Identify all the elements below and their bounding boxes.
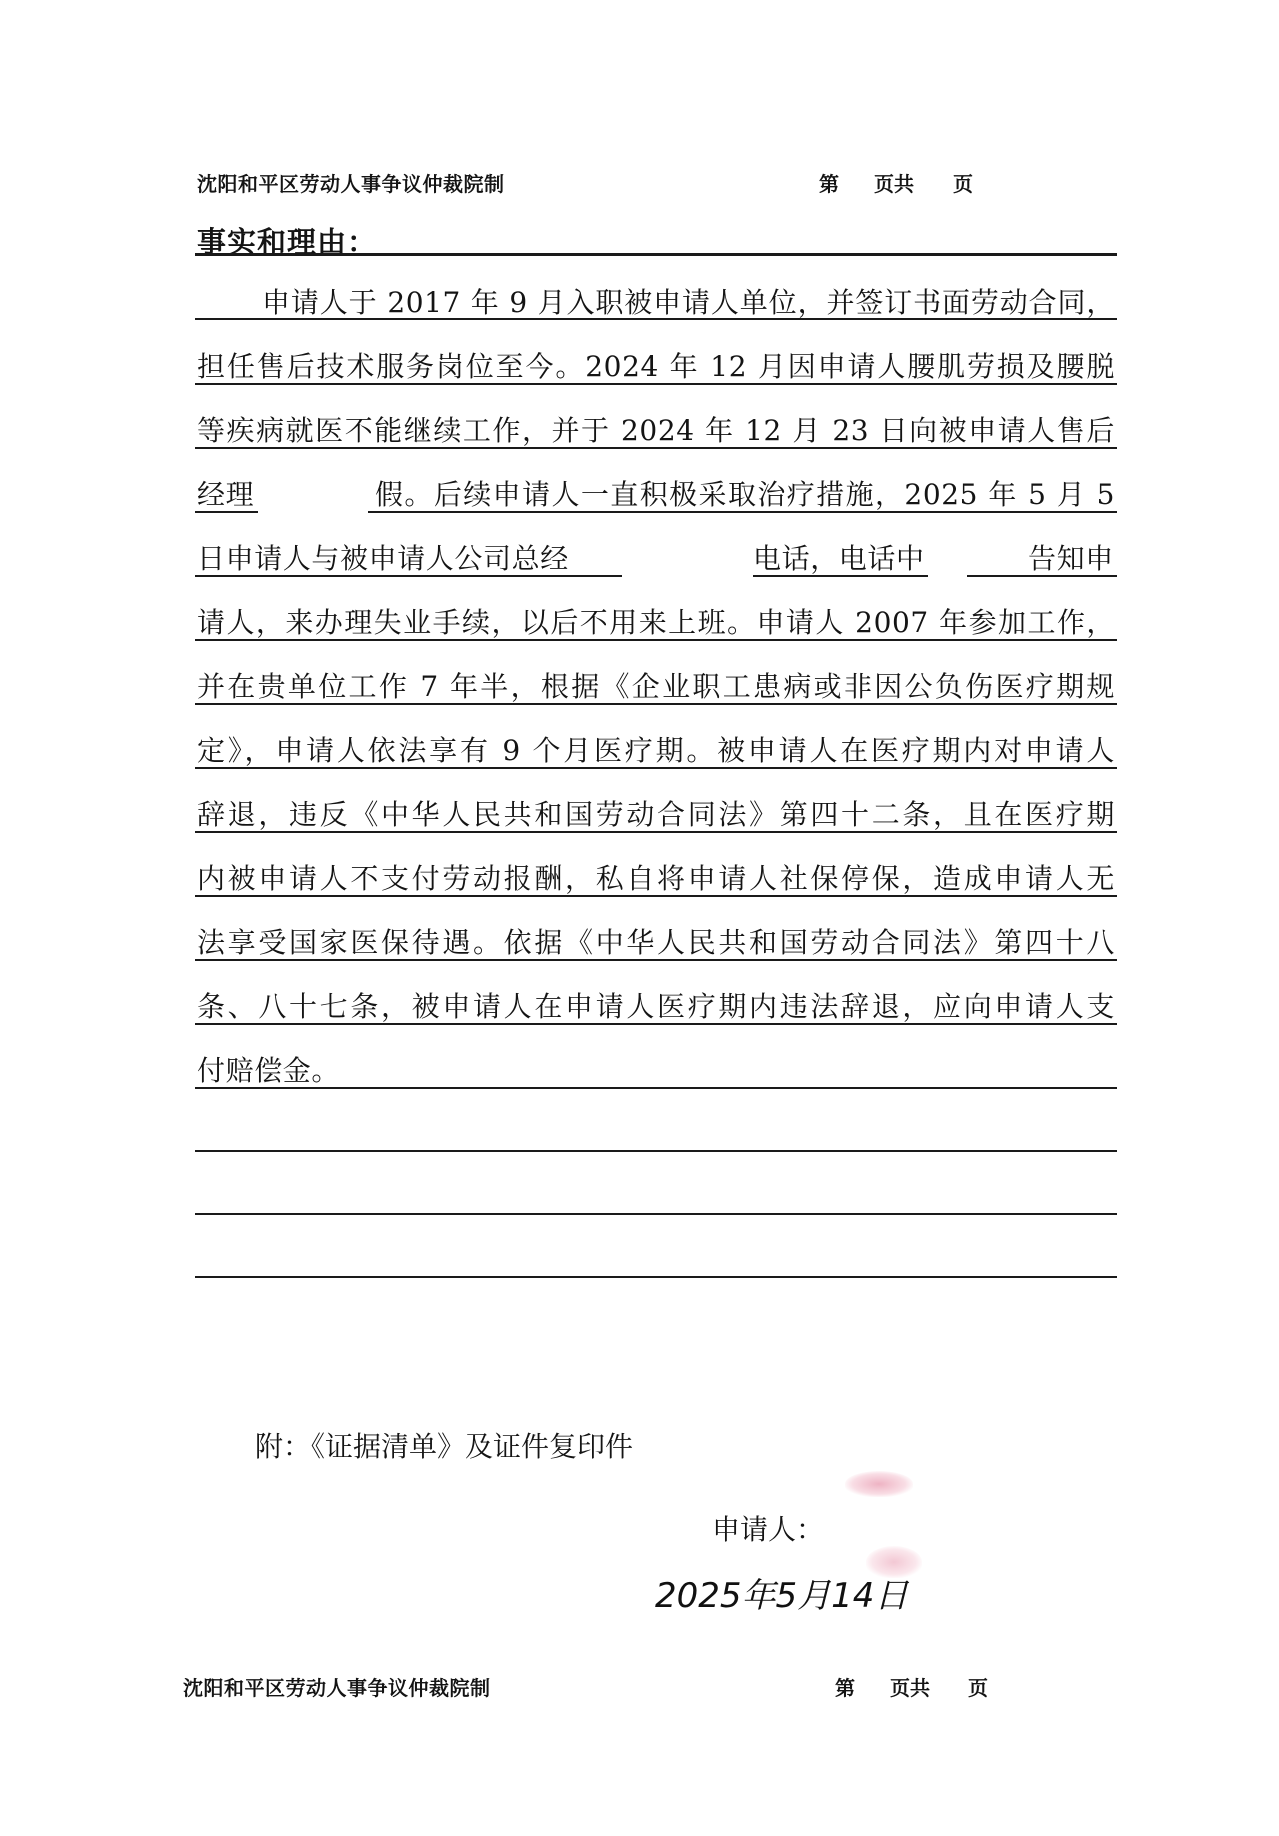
handwritten-signing-date: 2025年5月14日 [655,1568,908,1617]
body-line-4-segment-a: 经理 [197,477,254,513]
body-line-5-segment-a: 日申请人与被申请人公司总经 [197,541,569,577]
body-line-4: 经理 假。后续申请人一直积极采取治疗措施，2025 年 5 月 5 [197,477,1115,513]
body-line-2: 担任售后技术服务岗位至今。2024 年 12 月因申请人腰肌劳损及腰脱 [197,349,1115,385]
body-line-rule [195,895,1117,897]
header-page-number-label: 第 [819,168,839,197]
body-line-9: 辞退，违反《中华人民共和国劳动合同法》第四十二条，且在医疗期 [197,797,1115,833]
body-line-rule-partial [195,575,622,577]
body-line-rule-partial [967,575,1117,577]
body-line-3: 等疾病就医不能继续工作，并于 2024 年 12 月 23 日向被申请人售后 [197,413,1115,449]
footer-page-of-label: 页共 [890,1672,930,1701]
body-line-rule [195,639,1117,641]
body-line-10: 内被申请人不支付劳动报酬，私自将申请人社保停保，造成申请人无 [197,861,1115,897]
footer-institution: 沈阳和平区劳动人事争议仲裁院制 [183,1672,491,1701]
appendix-note: 附：《证据清单》及证件复印件 [255,1425,633,1465]
header-institution: 沈阳和平区劳动人事争议仲裁院制 [197,168,505,197]
body-line-rule [195,703,1117,705]
body-line-rule-partial [195,511,258,513]
footer-page-total-label: 页 [968,1672,988,1701]
body-line-rule [195,831,1117,833]
applicant-label: 申请人： [712,1508,824,1548]
body-line-7: 并在贵单位工作 7 年半，根据《企业职工患病或非因公负伤医疗期规 [197,669,1115,705]
blank-rule-line [195,1276,1117,1278]
section-title-underline [195,253,1117,256]
body-line-5-segment-c: 告知申 [1028,541,1114,577]
body-line-rule [195,318,1117,320]
header-page-of-label: 页共 [874,168,914,197]
body-line-5: 日申请人与被申请人公司总经 电话，电话中 告知申 [197,541,1115,577]
body-line-13: 付赔偿金。 [197,1053,1115,1089]
body-line-rule [195,1023,1117,1025]
body-line-rule [195,767,1117,769]
body-line-1: 申请人于 2017 年 9 月入职被申请人单位，并签订书面劳动合同， [262,285,1115,321]
body-line-5-segment-b: 电话，电话中 [753,541,925,577]
body-line-6: 请人，来办理失业手续，以后不用来上班。申请人 2007 年参加工作， [197,605,1115,641]
footer-page-number-label: 第 [835,1672,855,1701]
body-line-rule [195,383,1117,385]
body-line-rule-partial [368,511,1117,513]
body-line-11: 法享受国家医保待遇。依据《中华人民共和国劳动合同法》第四十八 [197,925,1115,961]
body-line-8: 定》，申请人依法享有 9 个月医疗期。被申请人在医疗期内对申请人 [197,733,1115,769]
body-line-rule [195,447,1117,449]
body-line-rule-partial [753,575,928,577]
blank-rule-line [195,1213,1117,1215]
header-page-total-label: 页 [953,168,973,197]
body-line-4-segment-b: 假。后续申请人一直积极采取治疗措施，2025 年 5 月 5 [375,477,1115,513]
body-line-12: 条、八十七条，被申请人在申请人医疗期内违法辞退，应向申请人支 [197,989,1115,1025]
body-line-rule [195,1087,1117,1089]
body-line-rule [195,959,1117,961]
blank-rule-line [195,1150,1117,1152]
red-seal-stamp-icon [845,1471,913,1497]
